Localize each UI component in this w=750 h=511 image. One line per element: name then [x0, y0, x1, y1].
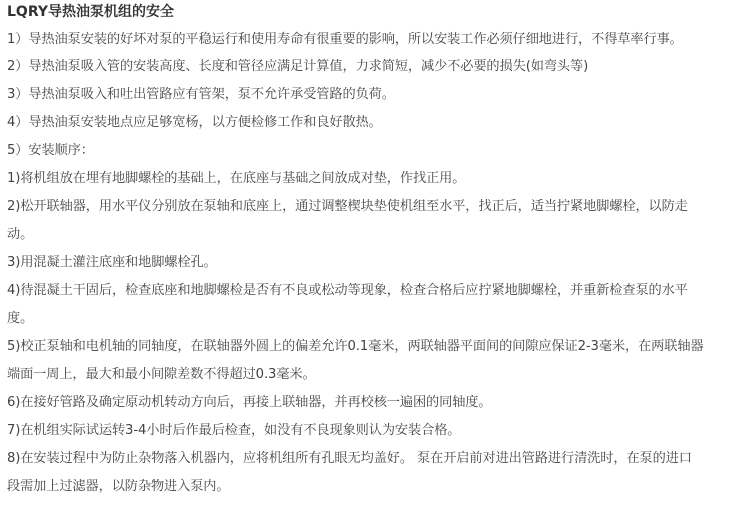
- document: LQRY导热油泵机组的安全 1）导热油泵安装的好坏对泵的平稳运行和使用寿命有很重…: [0, 0, 750, 511]
- document-title: LQRY导热油泵机组的安全: [7, 2, 174, 22]
- paragraph-line: 段需加上过滤器，以防杂物进入泵内。: [7, 477, 230, 497]
- paragraph-line: 4）导热油泵安装地点应足够宽杨，以方便检修工作和良好散热。: [7, 113, 382, 133]
- paragraph-line: 1)将机组放在埋有地脚螺栓的基础上，在底座与基础之间放成对垫，作找正用。: [7, 169, 465, 189]
- paragraph-line: 度。: [7, 309, 33, 329]
- paragraph-line: 4)待混凝土干固后，检查底座和地脚螺检是否有不良或松动等现象，检查合格后应拧紧地…: [7, 281, 688, 301]
- paragraph-line: 5）安装顺序：: [7, 141, 94, 161]
- paragraph-line: 8)在安装过程中为防止杂物落入机器内，应将机组所有孔眼无均盖好。 泵在开启前对进…: [7, 449, 692, 469]
- paragraph-line: 1）导热油泵安装的好坏对泵的平稳运行和使用寿命有很重要的影响，所以安装工作必须仔…: [7, 30, 683, 50]
- paragraph-line: 5)校正泵轴和电机轴的同轴度，在联轴器外圆上的偏差允许0.1毫米，两联轴器平面间…: [7, 337, 704, 357]
- paragraph-line: 3）导热油泵吸入和吐出管路应有管架，泵不允许承受管路的负荷。: [7, 85, 395, 105]
- paragraph-line: 3)用混凝土灌注底座和地脚螺栓孔。: [7, 253, 217, 273]
- paragraph-line: 7)在机组实际试运转3-4小时后作最后检查，如没有不良现象则认为安装合格。: [7, 421, 460, 441]
- paragraph-line: 6)在接好管路及确定原动机转动方向后，再接上联轴器，并再校核一遍困的同轴度。: [7, 393, 491, 413]
- paragraph-line: 端面一周上，最大和最小间隙差数不得超过0.3毫米。: [7, 365, 316, 385]
- paragraph-line: 2)松开联轴器，用水平仪分别放在泵轴和底座上，通过调整楔块垫使机组至水平，找正后…: [7, 197, 688, 217]
- paragraph-line: 动。: [7, 225, 33, 245]
- paragraph-line: 2）导热油泵吸入管的安装高度、长度和管径应满足计算值，力求简短，减少不必要的损失…: [7, 57, 588, 77]
